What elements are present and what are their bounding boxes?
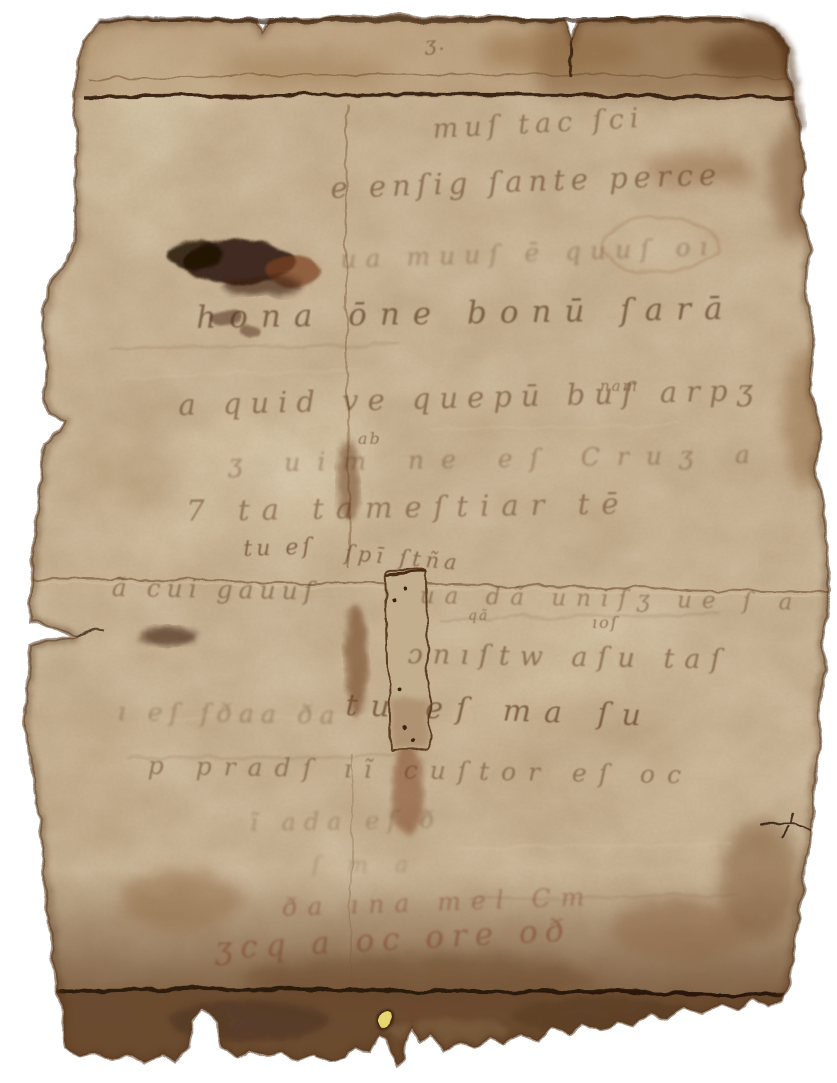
puncture-hole — [376, 1010, 392, 1032]
manuscript-photo: ʒ.muſ tac ſcie enſig ſante perceua muuſ … — [0, 0, 837, 1083]
top-edge-rim — [100, 18, 745, 22]
repair-strip — [386, 570, 431, 751]
parchment-sheet — [0, 0, 837, 1083]
left-tear-shadow — [142, 626, 198, 646]
parchment-sheet-graphic — [0, 0, 837, 1083]
